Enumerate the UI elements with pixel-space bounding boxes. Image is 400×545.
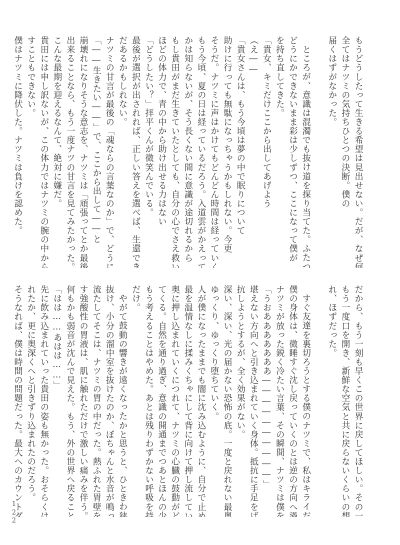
text-column: 人が僕になったままでも闇に沈み込むように、自分で止めできる蠕動運動は、僕の背 — [194, 285, 207, 517]
text-column: だから、もう一刻も早くこの世界に戻してほしい。その一心だった。 — [351, 285, 364, 517]
text-column: だけ。 — [128, 285, 141, 517]
text-column: 抗しようとするが、全く効果がない。 — [233, 285, 246, 517]
text-column: 「貴女さんは、もう今頃は夢の中で眠りについて — [233, 36, 246, 268]
text-column: 先に飲み込まれていった貴田の姿も無かった。おそらくは、もう溶かさ — [37, 285, 50, 517]
text-column: もう一度口を開き、新鮮な空気と共に戻らないくらいの想いを口にした。そ — [338, 285, 351, 517]
text-column: 貴田には申し訳ないが、この体力ではナツミの腕の中から引きずり出 — [37, 36, 50, 268]
text-column: もう考えることはやめた。あとは残りわずかない呼吸を持つ時間をただ過ごす — [141, 285, 154, 517]
text-column: 全てはナツミの気持ちひとつの決断。僕の — [338, 36, 351, 268]
page-number: 122 — [10, 500, 17, 525]
text-column: 助けに行っても無駄になっちゃうかもしれない。今更 — [220, 36, 233, 268]
text-column: 深い、深い、光の届かない恐怖の底。一度と戻れない最奥のどこまでも、 — [220, 285, 233, 517]
text-column: 抜け、小分の溜中室を抜けたのか、ぼちゃんと水音が鳴って体が濡れ — [102, 285, 115, 517]
text-column: 出来ることなら、もう一度ナツの甘言を見てみたかった。 — [63, 36, 76, 268]
text-column: 崩壊れになりそうな意志を、ナツミは「頑張ってとか最後の力を振り絞って紡いだ。 — [76, 36, 89, 268]
text-column: （え―― — [246, 36, 259, 268]
book-page: もうどうしたって生きる希望は見出せない。だが、なぜ何ひとつの気持ちに全てはナツミ… — [0, 0, 400, 545]
text-column: 流たしてそこは、ナツミの胃の中だった。熱ふれた胃壁をすべて囲み — [89, 285, 102, 517]
text-column: ナツミが放った鋭く冷たい言葉、その瞬間、ナツミは僕を丸呑みにした。 — [272, 285, 285, 517]
text-column: すぐ友達を裏切ろうとする僕のナツミで、私はキライだな」 — [299, 285, 312, 517]
text-column: そうだ。ナツミに声はかけてもどんどん時間は経っていく。多分 — [207, 36, 220, 268]
text-column: 僕はナツミに降伏した。ナツミは負けを認めた。 — [10, 36, 23, 268]
text-column: を持ち直してきた。 — [272, 36, 285, 268]
upper-text-tier: もうどうしたって生きる希望は見出せない。だが、なぜ何ひとつの気持ちに全てはナツミ… — [28, 36, 364, 268]
text-column: どうにかできないまま彩は少しずつ、ここになって僕が — [285, 36, 298, 268]
text-column: 「――生きたい――」で、ここから出して――と — [89, 36, 102, 268]
text-column — [312, 285, 325, 517]
text-column: やがて鼓動の響きが遠くなったかと思うと、ひときわ狭い空間をくぐり — [115, 285, 128, 517]
text-column: 「はは……あはは……」 — [50, 285, 63, 517]
text-column — [312, 36, 325, 268]
text-column: れ、ほずだった。 — [325, 285, 338, 517]
text-column: こんな最期を迎えるなんて、絶対に嫌だ。 — [50, 36, 63, 268]
text-column: す強酸性の胃液は、肌に触れただけで激しい痛みを伴う。 — [76, 285, 89, 517]
text-column: ゆっくり、ゆっくり堕ちていく。 — [207, 285, 220, 517]
text-column: だあるかもしれない。 — [115, 36, 128, 268]
text-column: 奥に押し込まれていくにつれて、ナツミの心臓の鼓動がどんどん近づい — [168, 285, 181, 517]
text-column: もうどうしたって生きる希望は見出せない。だが、なぜ何ひとつの気持ちに — [351, 36, 364, 268]
text-column: 何もかも弱音が沈んで見えた。もう、外の世界へ戻ることはできない。 — [63, 285, 76, 517]
text-column: 届くはずがなかった。 — [325, 36, 338, 268]
text-column: かは知らないが、そう長くない間に意識が途切れるから — [181, 36, 194, 268]
text-column: 僕の身体は、微睡すぐ沈し戻っていくのとは逆の方向へ渦巻き始める。 — [285, 285, 298, 517]
text-column: もし貴田がまだ生きていたとしても、自分の心でさえ救い出す — [168, 36, 181, 268]
text-column: ほどの体力で、青の中から助け出せる力はない — [155, 36, 168, 268]
text-column: 「うおあああああああ――――――――――」 — [259, 285, 272, 517]
text-column: てくる。自然を通り過ぎ、意識の開通までつあとほんの少しという所だ。 — [155, 285, 168, 517]
lower-text-tier: だから、もう一刻も早くこの世界に戻してほしい。その一心だった。もう一度口を開き、… — [28, 285, 364, 517]
text-column: もう今頃、夏の日は経っているだろう。入道雲がかえっていくような、夏の — [194, 36, 207, 268]
text-column: ところが、意識は混濁でも抜け道を探り当てた。ふたつの — [299, 36, 312, 268]
text-column: 最後が選択が出されれば、正しい答えを選べば、生還できるチャンスはま — [128, 36, 141, 268]
text-column: れたか、更に奥深くへと引きずり込まれたのだろう。 — [24, 285, 37, 517]
text-column: そうなれば、僕は時間の問題だった。最大へのカウントダウンはもうす — [10, 285, 23, 517]
text-column: 最を温情なしに揉みくちゃにして背に向けて押し流していく。 — [181, 285, 194, 517]
text-column: 「貴女、キミだけここから出してあげよう — [259, 36, 272, 268]
text-column: 「どうしたい？」拝平くんが微笑んでいる。 — [141, 36, 154, 268]
text-column: すこともできない。 — [24, 36, 37, 268]
text-column: 堪えない方向へと引き込まれていく身体。抵抗に手足をばたつかせて抵 — [246, 285, 259, 517]
text-column: ナツミの甘言が最後の「魂ならの言葉なのか」で、どうにか — [102, 36, 115, 268]
